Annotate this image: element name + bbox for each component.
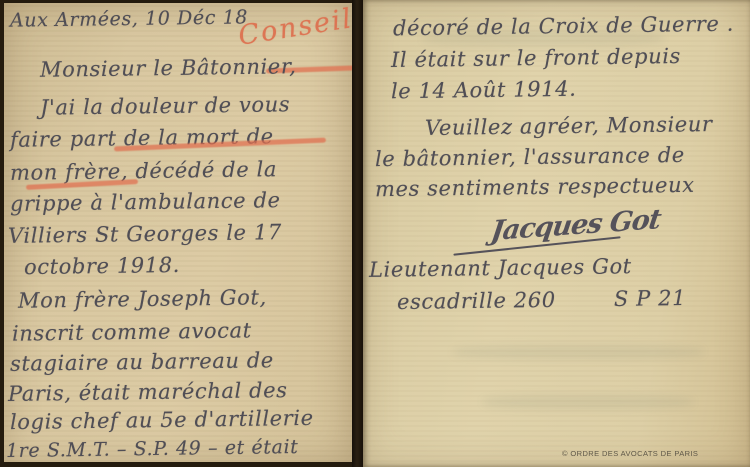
letter-line: Lieutenant Jacques Got <box>369 256 632 281</box>
letter-line: Mon frère Joseph Got, <box>18 287 267 311</box>
letter-line: le 14 Août 1914. <box>391 79 577 103</box>
letter-line: Monsieur le Bâtonnier, <box>40 56 297 81</box>
letter-line: Il était sur le front depuis <box>391 46 681 71</box>
page-left: Aux Armées, 10 Déc 18 Conseil Monsieur l… <box>0 0 352 467</box>
letter-line: 1re S.M.T. – S.P. 49 – et était <box>6 438 299 461</box>
letter-line: stagiaire au barreau de <box>10 350 274 375</box>
letter-line: J'ai la douleur de vous <box>40 94 290 118</box>
bleed-through-smudge <box>483 395 693 409</box>
letter-line: Veuillez agréer, Monsieur <box>425 114 713 139</box>
letter-line: mon frère, décédé de la <box>10 159 277 184</box>
page-right: décoré de la Croix de Guerre . Il était … <box>363 0 750 467</box>
letter-line: logis chef au 5e d'artillerie <box>10 408 314 433</box>
red-annotation-conseil: Conseil <box>236 3 355 52</box>
letter-line: Aux Armées, 10 Déc 18 <box>10 8 248 30</box>
bleed-through-smudge <box>453 345 703 359</box>
letter-line: escadrille 260 S P 21 <box>397 288 686 313</box>
letter-line: grippe à l'ambulance de <box>10 190 281 215</box>
letter-line: décoré de la Croix de Guerre . <box>393 14 734 40</box>
letter-line: Paris, était maréchal des <box>8 380 288 405</box>
letter-line: le bâtonnier, l'assurance de <box>375 145 685 170</box>
letter-line: Villiers St Georges le 17 <box>8 222 282 247</box>
credit-line: © ORDRE DES AVOCATS DE PARIS <box>562 449 698 458</box>
page-seam <box>352 0 363 467</box>
letter-line: octobre 1918. <box>24 255 180 278</box>
letter-scan: Aux Armées, 10 Déc 18 Conseil Monsieur l… <box>0 0 750 467</box>
letter-line: inscrit comme avocat <box>12 320 252 344</box>
letter-line: mes sentiments respectueux <box>375 175 695 200</box>
